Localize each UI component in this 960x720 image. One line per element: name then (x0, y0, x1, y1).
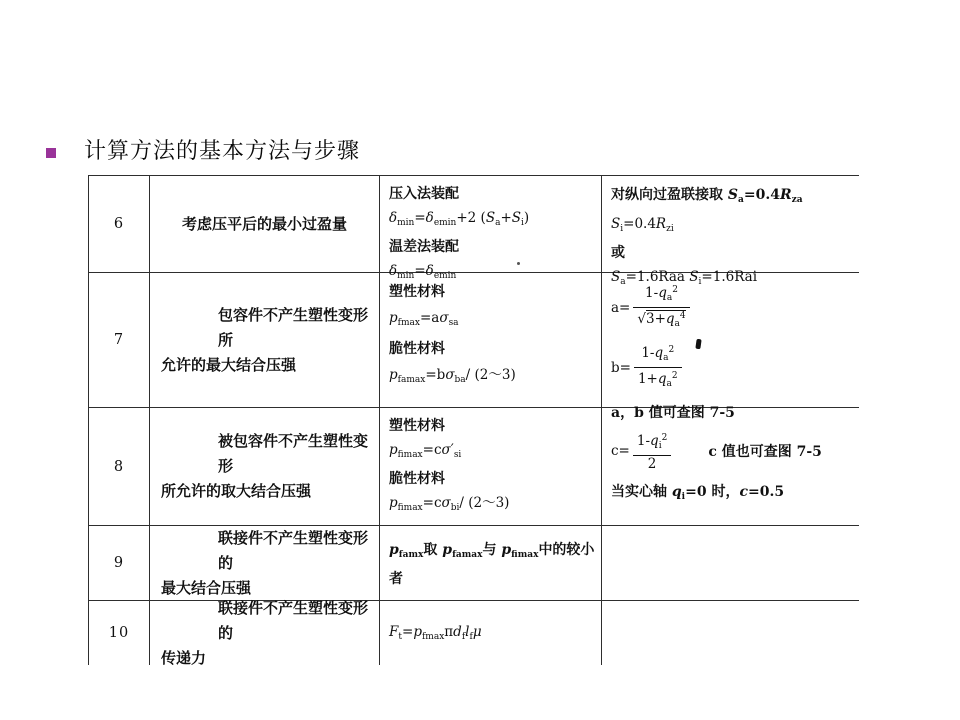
formula-line: 脆性材料 (389, 467, 597, 491)
description-line: 被包容件不产生塑性变形 (150, 429, 379, 479)
formula-line: 者 (389, 567, 597, 591)
description-line: 联接件不产生塑性变形的 (150, 526, 379, 576)
formula-line: pfmax=aσsa (389, 305, 597, 336)
formula-line: pfimax=cσ′si (389, 438, 597, 467)
description-line: 联接件不产生塑性变形的 (150, 596, 379, 646)
table-row: 9 联接件不产生塑性变形的 最大结合压强 pfamx取 pfamax与 pfim… (89, 526, 859, 601)
note-line: Si=0.4Rzi (611, 212, 855, 241)
formula-line: 脆性材料 (389, 336, 597, 362)
calculation-steps-table: 6 考虑压平后的最小过盈量 压入法装配 δmin=δemin+2 (Sa+Si)… (88, 175, 859, 665)
formula-line: 温差法装配 (389, 235, 597, 259)
formula-line: pfamx取 pfamax与 pfimax中的较小 (389, 538, 597, 567)
row-description: 联接件不产生塑性变形的 最大结合压强 (149, 526, 379, 600)
formula-line: δmin=δemin+2 (Sa+Si) (389, 206, 597, 235)
slide-title: 计算方法的基本方法与步骤 (84, 134, 360, 165)
row-number: 10 (89, 601, 149, 665)
row-notes: c=1-qi22c 值也可查图 7-5 当实心轴 qi=0 时，c=0.5 (601, 408, 857, 525)
row-formula: 塑性材料 pfmax=aσsa 脆性材料 pfamax=bσba/ (2～3) (379, 273, 601, 407)
table-row: 10 联接件不产生塑性变形的 传递力 Ft=pfmaxπdflfμ (89, 601, 859, 665)
row-number: 6 (89, 176, 149, 272)
formula-line: 压入法装配 (389, 182, 597, 206)
row-formula: Ft=pfmaxπdflfμ (379, 601, 601, 665)
bullet-square-icon (46, 148, 56, 158)
formula-line: pfamax=bσba/ (2～3) (389, 362, 597, 393)
row-number: 8 (89, 408, 149, 525)
formula-line: 塑性材料 (389, 414, 597, 438)
note-formula-c: c=1-qi22c 值也可查图 7-5 (611, 428, 855, 475)
row-description: 被包容件不产生塑性变形 所允许的取大结合压强 (149, 408, 379, 525)
table-row: 7 包容件不产生塑性变形所 允许的最大结合压强 塑性材料 pfmax=aσsa … (89, 273, 859, 408)
formula-line: Ft=pfmaxπdflfμ (389, 620, 597, 649)
row-description: 联接件不产生塑性变形的 传递力 (149, 601, 379, 665)
row-formula: 压入法装配 δmin=δemin+2 (Sa+Si) 温差法装配 δmin=δe… (379, 176, 601, 272)
row-formula: 塑性材料 pfimax=cσ′si 脆性材料 pfimax=cσbi/ (2～3… (379, 408, 601, 525)
row-formula: pfamx取 pfamax与 pfimax中的较小 者 (379, 526, 601, 600)
row-notes (601, 526, 857, 600)
row-number: 7 (89, 273, 149, 407)
row-notes: a=1-qa2√3+qa4 b=1-qa21+qa2 a，b 值可查图 7-5 (601, 273, 857, 407)
table-row: 6 考虑压平后的最小过盈量 压入法装配 δmin=δemin+2 (Sa+Si)… (89, 176, 859, 273)
note-line: 或 (611, 241, 855, 265)
row-description: 包容件不产生塑性变形所 允许的最大结合压强 (149, 273, 379, 407)
description-line: 包容件不产生塑性变形所 (150, 303, 379, 353)
note-line: 对纵向过盈联接取 Sa=0.4Rza (611, 183, 855, 212)
row-number: 9 (89, 526, 149, 600)
description-line: 允许的最大结合压强 (150, 353, 379, 378)
row-notes: 对纵向过盈联接取 Sa=0.4Rza Si=0.4Rzi 或 Sa=1.6Raa… (601, 176, 857, 272)
row-notes (601, 601, 857, 665)
description-line: 传递力 (150, 646, 379, 671)
row-description: 考虑压平后的最小过盈量 (149, 176, 379, 272)
note-formula-a: a=1-qa2√3+qa4 (611, 280, 855, 335)
description-line: 考虑压平后的最小过盈量 (182, 212, 347, 237)
table-row: 8 被包容件不产生塑性变形 所允许的取大结合压强 塑性材料 pfimax=cσ′… (89, 408, 859, 526)
formula-line: 塑性材料 (389, 279, 597, 305)
ink-dot-artifact (517, 262, 520, 265)
note-line: 当实心轴 qi=0 时，c=0.5 (611, 480, 855, 509)
note-formula-b: b=1-qa21+qa2 (611, 340, 855, 395)
formula-line: pfimax=cσbi/ (2～3) (389, 491, 597, 520)
description-line: 所允许的取大结合压强 (150, 479, 379, 504)
